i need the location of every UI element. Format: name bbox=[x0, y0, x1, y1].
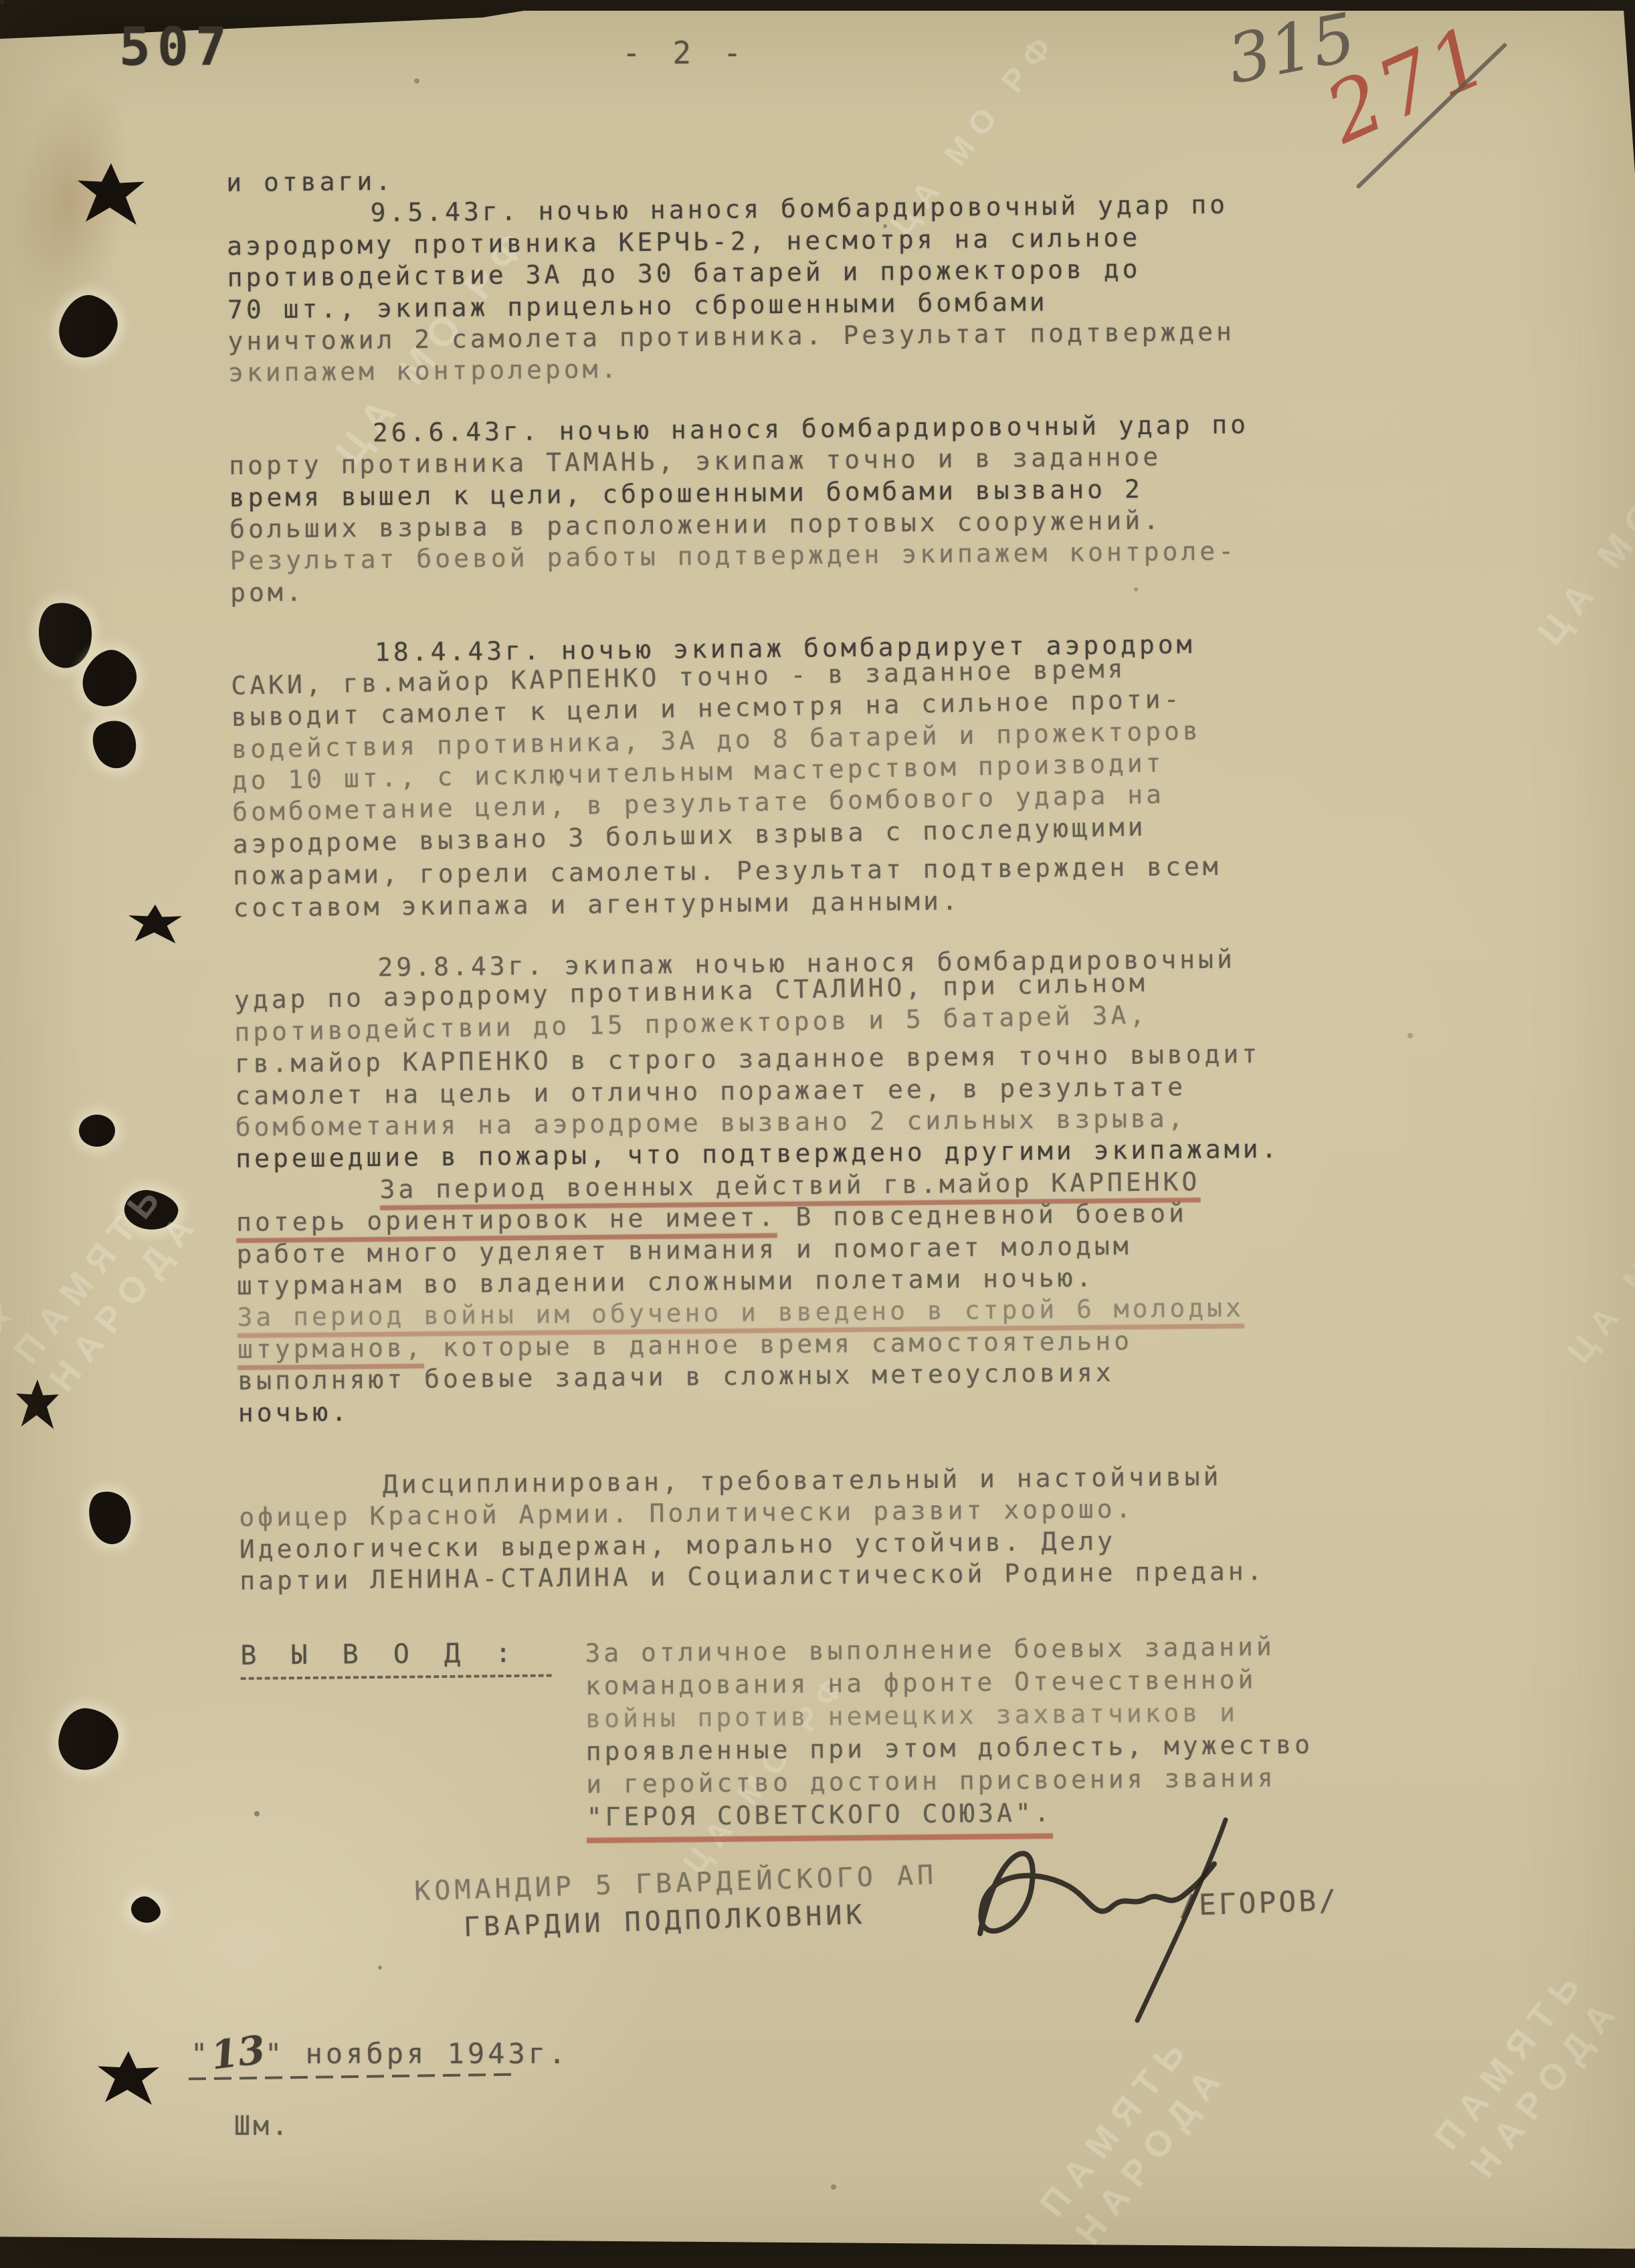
typed-segment: экипажем контролером. bbox=[228, 355, 620, 388]
paper-tear bbox=[84, 713, 145, 775]
quote-close: " bbox=[265, 2037, 285, 2070]
date-line: "13" ноября 1943г. bbox=[191, 2027, 569, 2073]
watermark-archive: ЦА МО РФ bbox=[1559, 1144, 1635, 1371]
commander-title-line2: ГВАРДИИ ПОДПОЛКОВНИК bbox=[463, 1897, 939, 1943]
body-lines: и отваги.9.5.43г. ночью нанося бомбардир… bbox=[226, 156, 1424, 1598]
scan-edge-bottom bbox=[0, 2228, 1635, 2268]
typed-segment: и геройство достоин присвоения звания bbox=[586, 1763, 1276, 1799]
typed-segment: войны против немецких захватчиков и bbox=[585, 1697, 1238, 1733]
typed-segment: За отличное выполнение боевых заданий bbox=[585, 1632, 1275, 1668]
paper-tear bbox=[82, 1485, 138, 1549]
date-rest: ноября 1943г. bbox=[285, 2037, 569, 2070]
typed-segment-underlined: штурманов, bbox=[237, 1333, 424, 1364]
scan-edge-right bbox=[1622, 0, 1635, 174]
paper-tear bbox=[55, 1705, 122, 1774]
hole-punch bbox=[79, 1115, 115, 1147]
quote-open: " bbox=[191, 2037, 211, 2070]
watermark-memory: ★ ПАМЯТЬ НАРОДА bbox=[0, 1143, 211, 1400]
typed-body-text: и отваги.9.5.43г. ночью нанося бомбардир… bbox=[226, 156, 1426, 1837]
archive-sheet-number: 507 bbox=[119, 17, 233, 78]
conclusion-label: В Ы В О Д : bbox=[240, 1637, 552, 1680]
paper-tear bbox=[122, 1186, 181, 1234]
scanned-award-document-page: ЦА МО РФ ЦА МО РФ ЦА МО РФ ЦА МО РФ ЦА М… bbox=[0, 0, 1635, 2268]
signature-block: КОМАНДИР 5 ГВАРДЕЙСКОГО АП ГВАРДИИ ПОДПО… bbox=[414, 1860, 939, 1945]
typed-segment: В повседневной боевой bbox=[777, 1198, 1187, 1232]
typed-segment: командования на фронте Отечественной bbox=[585, 1665, 1257, 1701]
typed-segment: которые в данное время самостоятельно bbox=[424, 1326, 1133, 1362]
paper-tear bbox=[126, 1892, 165, 1929]
paper-tear bbox=[128, 905, 182, 943]
typed-segment: проявленные при этом доблесть, мужество bbox=[586, 1729, 1314, 1766]
typist-initials: Шм. bbox=[234, 2111, 290, 2142]
page-number: - 2 - bbox=[622, 35, 748, 71]
paper-tear bbox=[33, 597, 99, 672]
watermark-memory: ПАМЯТЬ НАРОДА bbox=[1030, 2024, 1237, 2254]
paper-tear bbox=[98, 2051, 159, 2105]
handwritten-signature bbox=[917, 1800, 1318, 2041]
typed-segment-underlined: потерь ориентировок не имеет. bbox=[236, 1202, 777, 1237]
watermark-archive: ЦА МО РФ bbox=[1528, 407, 1635, 653]
typed-segment: и отваги. bbox=[226, 167, 394, 197]
watermark-memory: ПАМЯТЬ НАРОДА bbox=[1425, 1958, 1632, 2187]
scan-edge-top-wedge bbox=[0, 0, 589, 39]
typed-segment: составом экипажа и агентурными данными. bbox=[233, 886, 961, 922]
typed-segment: ночью. bbox=[238, 1397, 351, 1428]
typed-segment: ром. bbox=[230, 577, 305, 607]
handwritten-day: 13 bbox=[209, 2026, 268, 2078]
ink-speckles bbox=[0, 0, 4, 4]
paper-tear bbox=[16, 1380, 59, 1429]
